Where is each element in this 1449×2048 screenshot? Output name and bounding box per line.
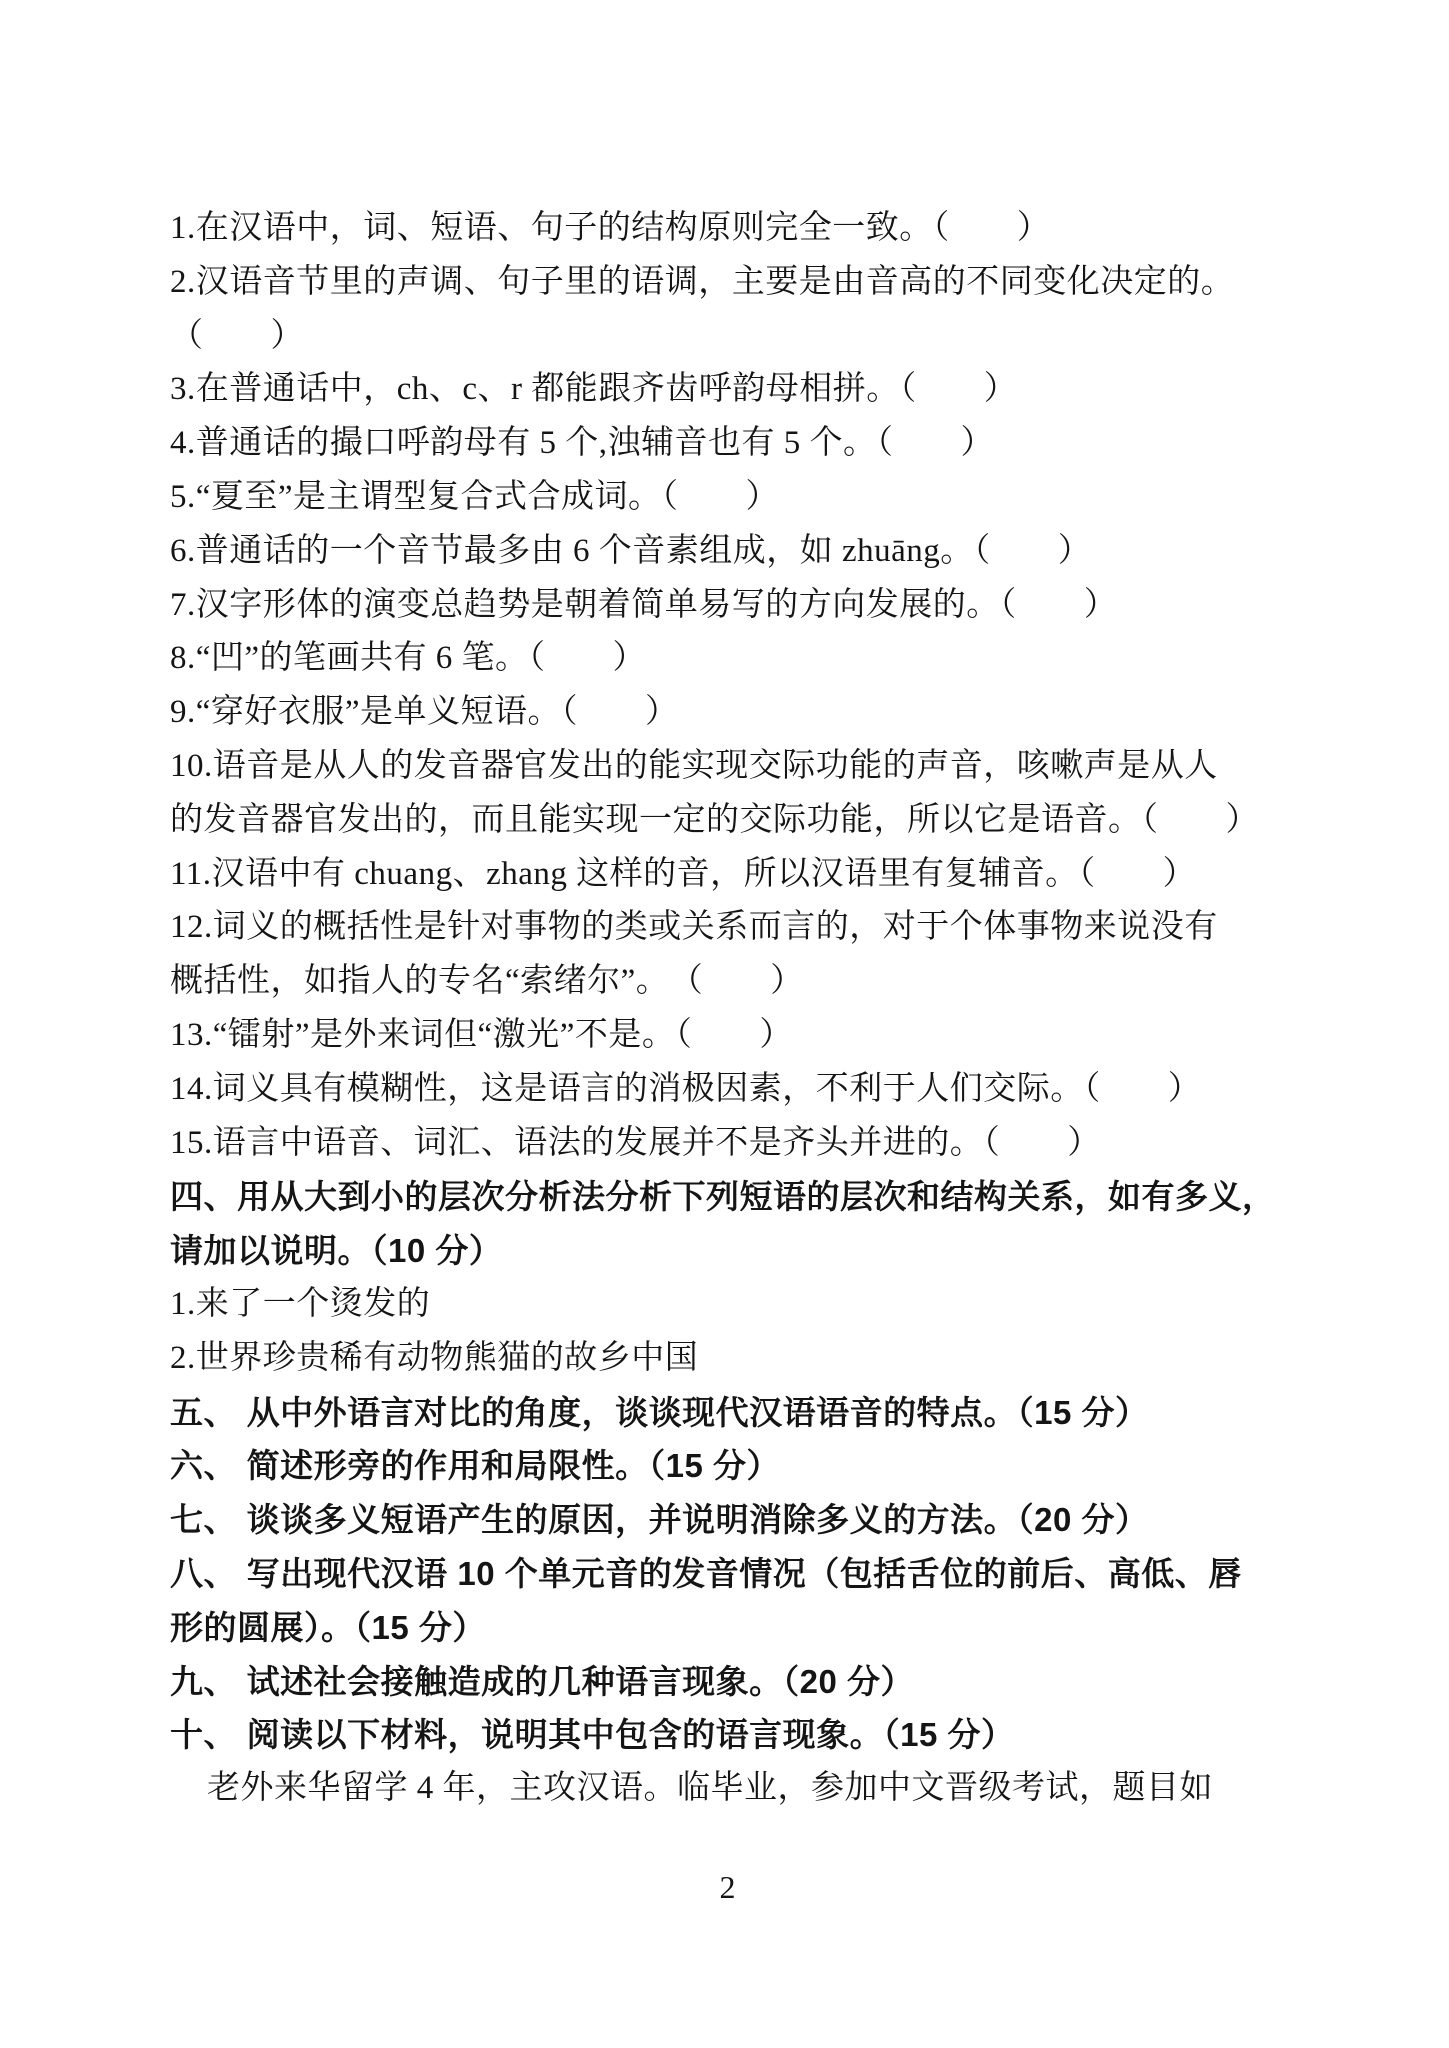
section-heading-line: 请加以说明。（10 分） (170, 1224, 1285, 1278)
text-line: 老外来华留学 4 年，主攻汉语。临毕业，参加中文晋级考试，题目如 (170, 1762, 1285, 1816)
text-line: 3.在普通话中，ch、c、r 都能跟齐齿呼韵母相拼。（ ） (170, 363, 1285, 417)
text-line: 10.语音是从人的发音器官发出的能实现交际功能的声音，咳嗽声是从人 (170, 740, 1285, 794)
section-heading-line: 七、 谈谈多义短语产生的原因，并说明消除多义的方法。（20 分） (170, 1493, 1285, 1547)
exam-text-block: 1.在汉语中，词、短语、句子的结构原则完全一致。（ ）2.汉语音节里的声调、句子… (170, 202, 1285, 1816)
section-heading-line: 十、 阅读以下材料，说明其中包含的语言现象。（15 分） (170, 1708, 1285, 1762)
text-line: 1.来了一个烫发的 (170, 1278, 1285, 1332)
text-line: 15.语言中语音、词汇、语法的发展并不是齐头并进的。（ ） (170, 1117, 1285, 1171)
section-heading-line: 五、 从中外语言对比的角度，谈谈现代汉语语音的特点。（15 分） (170, 1386, 1285, 1440)
page-number: 2 (170, 1862, 1285, 1912)
text-line: 1.在汉语中，词、短语、句子的结构原则完全一致。（ ） (170, 202, 1285, 256)
exam-paper-page: 1.在汉语中，词、短语、句子的结构原则完全一致。（ ）2.汉语音节里的声调、句子… (0, 0, 1449, 2048)
text-line: 11.汉语中有 chuang、zhang 这样的音，所以汉语里有复辅音。（ ） (170, 848, 1285, 902)
text-line: （ ） (170, 310, 1285, 364)
text-line: 13.“镭射”是外来词但“激光”不是。（ ） (170, 1009, 1285, 1063)
text-line: 的发音器官发出的，而且能实现一定的交际功能，所以它是语音。（ ） (170, 794, 1285, 848)
text-line: 8.“凹”的笔画共有 6 笔。（ ） (170, 632, 1285, 686)
text-line: 9.“穿好衣服”是单义短语。（ ） (170, 686, 1285, 740)
text-line: 2.汉语音节里的声调、句子里的语调，主要是由音高的不同变化决定的。 (170, 256, 1285, 310)
section-heading-line: 八、 写出现代汉语 10 个单元音的发音情况（包括舌位的前后、高低、唇 (170, 1547, 1285, 1601)
text-line: 5.“夏至”是主谓型复合式合成词。（ ） (170, 471, 1285, 525)
text-line: 2.世界珍贵稀有动物熊猫的故乡中国 (170, 1332, 1285, 1386)
section-heading-line: 六、 简述形旁的作用和局限性。（15 分） (170, 1439, 1285, 1493)
section-heading-line: 九、 试述社会接触造成的几种语言现象。（20 分） (170, 1655, 1285, 1709)
section-heading-line: 四、用从大到小的层次分析法分析下列短语的层次和结构关系，如有多义， (170, 1170, 1285, 1224)
text-line: 概括性，如指人的专名“索绪尔”。 （ ） (170, 955, 1285, 1009)
text-line: 6.普通话的一个音节最多由 6 个音素组成，如 zhuāng。（ ） (170, 525, 1285, 579)
text-line: 14.词义具有模糊性，这是语言的消极因素，不利于人们交际。（ ） (170, 1063, 1285, 1117)
text-line: 4.普通话的撮口呼韵母有 5 个,浊辅音也有 5 个。（ ） (170, 417, 1285, 471)
section-heading-line: 形的圆展）。（15 分） (170, 1601, 1285, 1655)
text-line: 7.汉字形体的演变总趋势是朝着简单易写的方向发展的。（ ） (170, 579, 1285, 633)
text-line: 12.词义的概括性是针对事物的类或关系而言的，对于个体事物来说没有 (170, 901, 1285, 955)
